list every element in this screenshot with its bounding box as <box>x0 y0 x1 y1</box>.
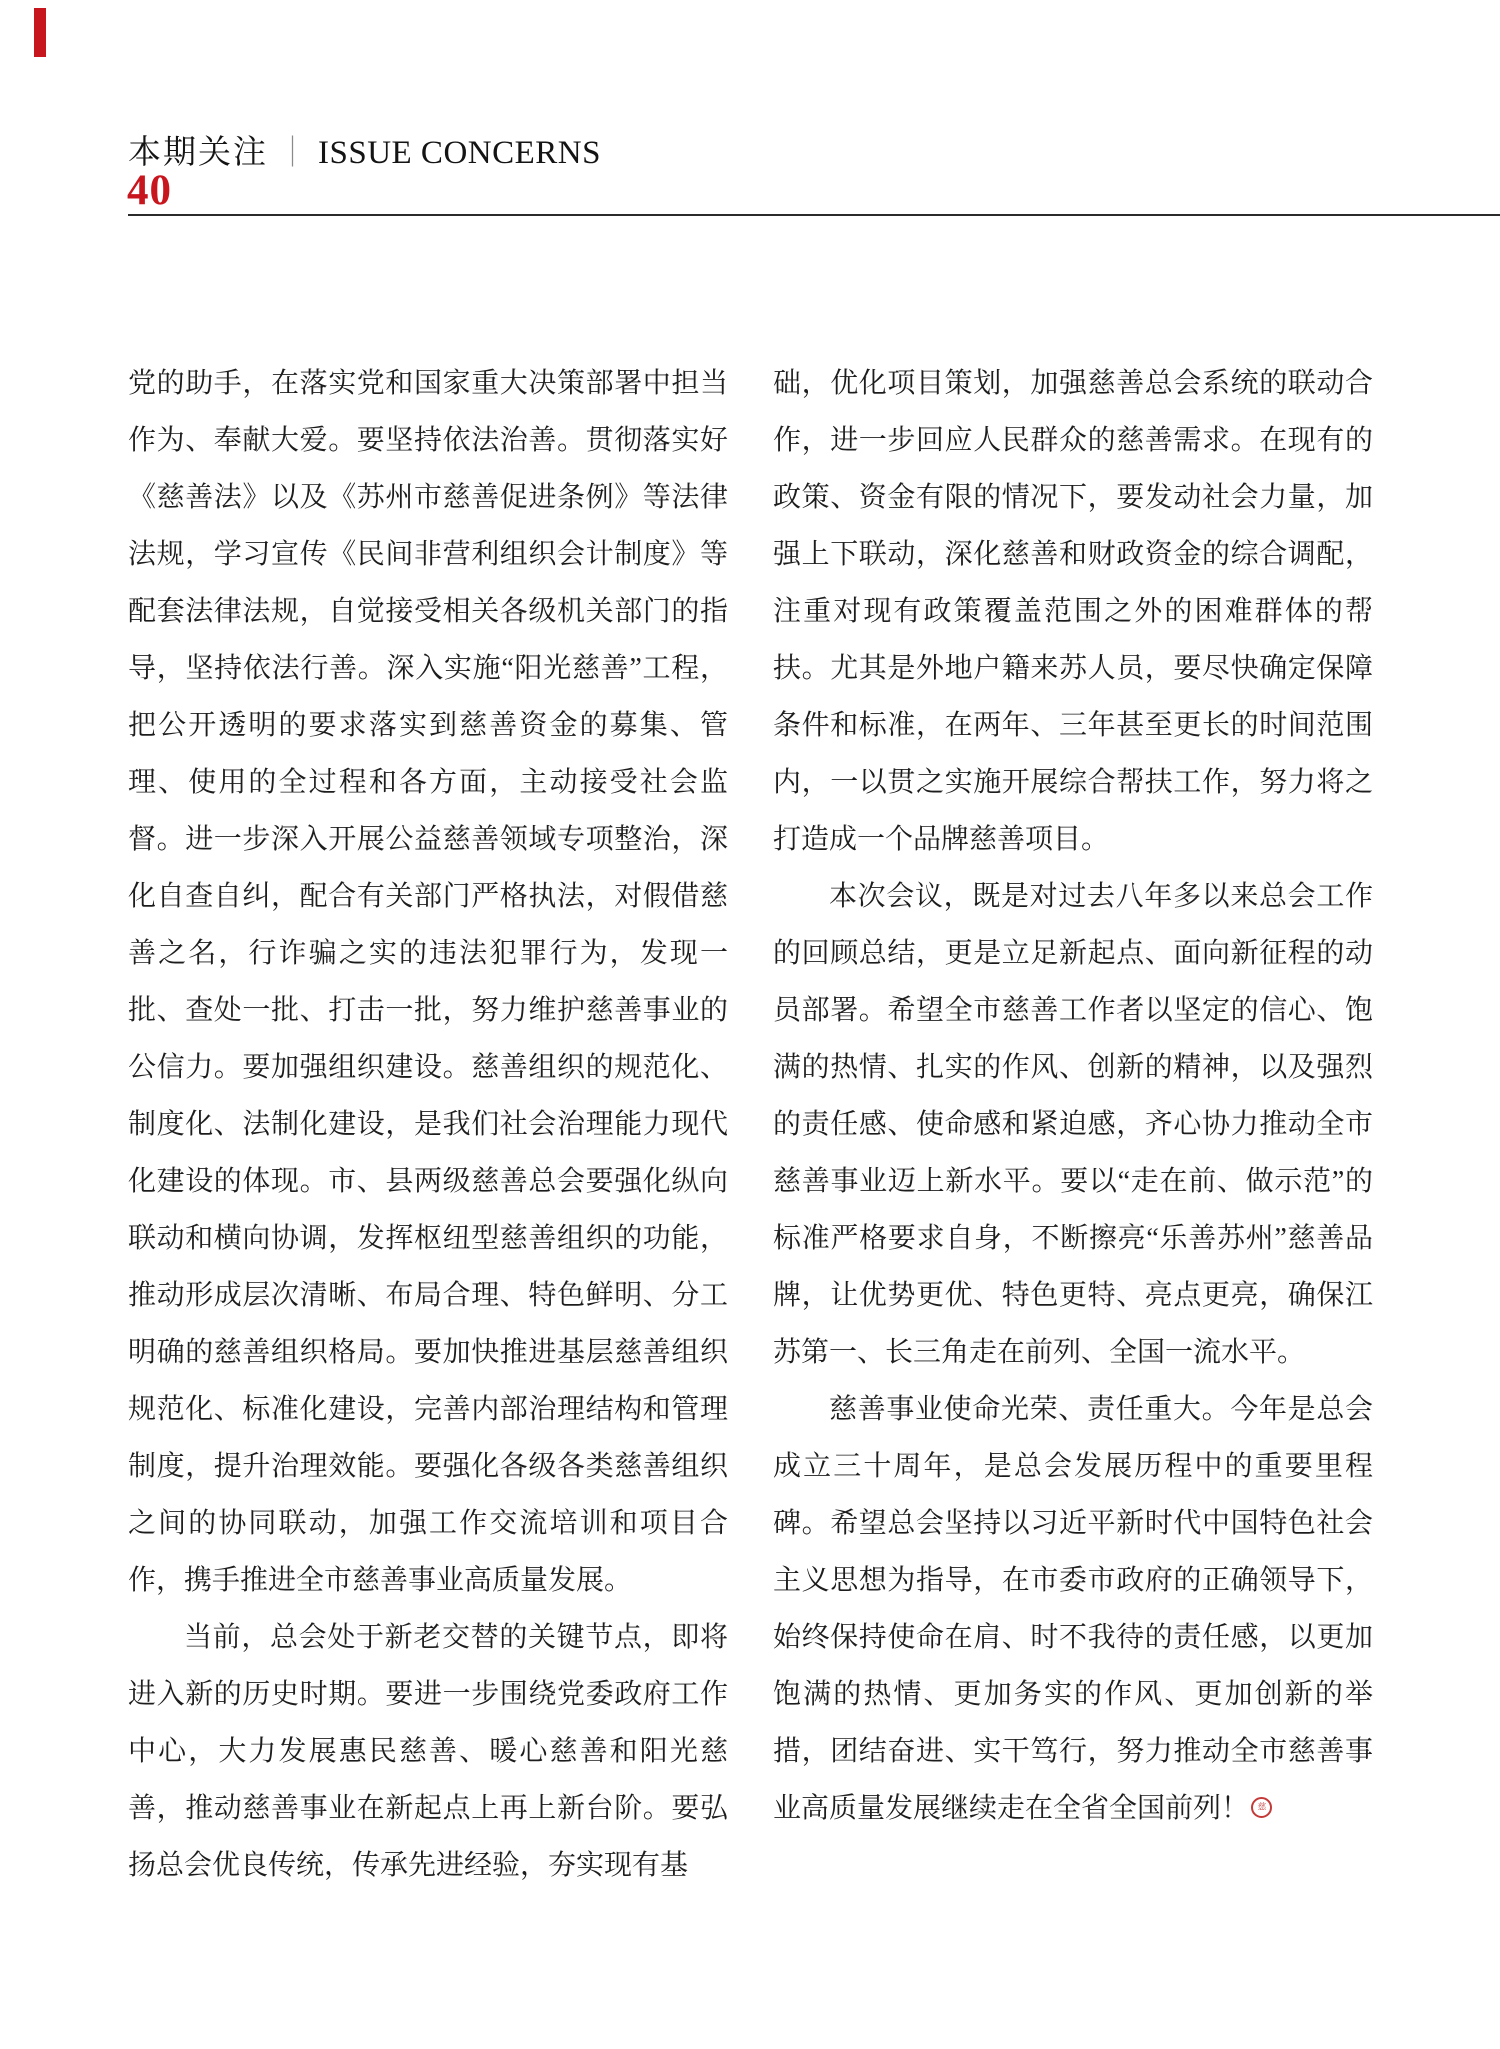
magazine-page: 本期关注｜ISSUE CONCERNS 40 党的助手，在落实党和国家重大决策部… <box>0 0 1500 2049</box>
paragraph: 本次会议，既是对过去八年多以来总会工作的回顾总结，更是立足新起点、面向新征程的动… <box>773 868 1373 1381</box>
section-separator: ｜ <box>268 135 318 170</box>
left-column: 党的助手，在落实党和国家重大决策部署中担当作为、奉献大爱。要坚持依法治善。贯彻落… <box>128 355 728 1894</box>
paragraph: 当前，总会处于新老交替的关键节点，即将进入新的历史时期。要进一步围绕党委政府工作… <box>128 1609 728 1894</box>
paragraph: 慈善事业使命光荣、责任重大。今年是总会成立三十周年，是总会发展历程中的重要里程碑… <box>773 1381 1373 1837</box>
page-edge-red-tab <box>34 8 46 57</box>
page-number: 40 <box>127 166 172 215</box>
paragraph-continuation: 党的助手，在落实党和国家重大决策部署中担当作为、奉献大爱。要坚持依法治善。贯彻落… <box>128 355 728 1609</box>
end-seal-glyph: 慈 <box>1257 1803 1266 1812</box>
paragraph-continuation: 础，优化项目策划，加强慈善总会系统的联动合作，进一步回应人民群众的慈善需求。在现… <box>773 355 1373 868</box>
right-column: 础，优化项目策划，加强慈善总会系统的联动合作，进一步回应人民群众的慈善需求。在现… <box>773 355 1373 1837</box>
header-rule <box>128 214 1500 216</box>
section-title: 本期关注｜ISSUE CONCERNS <box>128 126 601 170</box>
section-title-en: ISSUE CONCERNS <box>318 135 601 171</box>
end-seal-icon: 慈 <box>1251 1797 1272 1818</box>
